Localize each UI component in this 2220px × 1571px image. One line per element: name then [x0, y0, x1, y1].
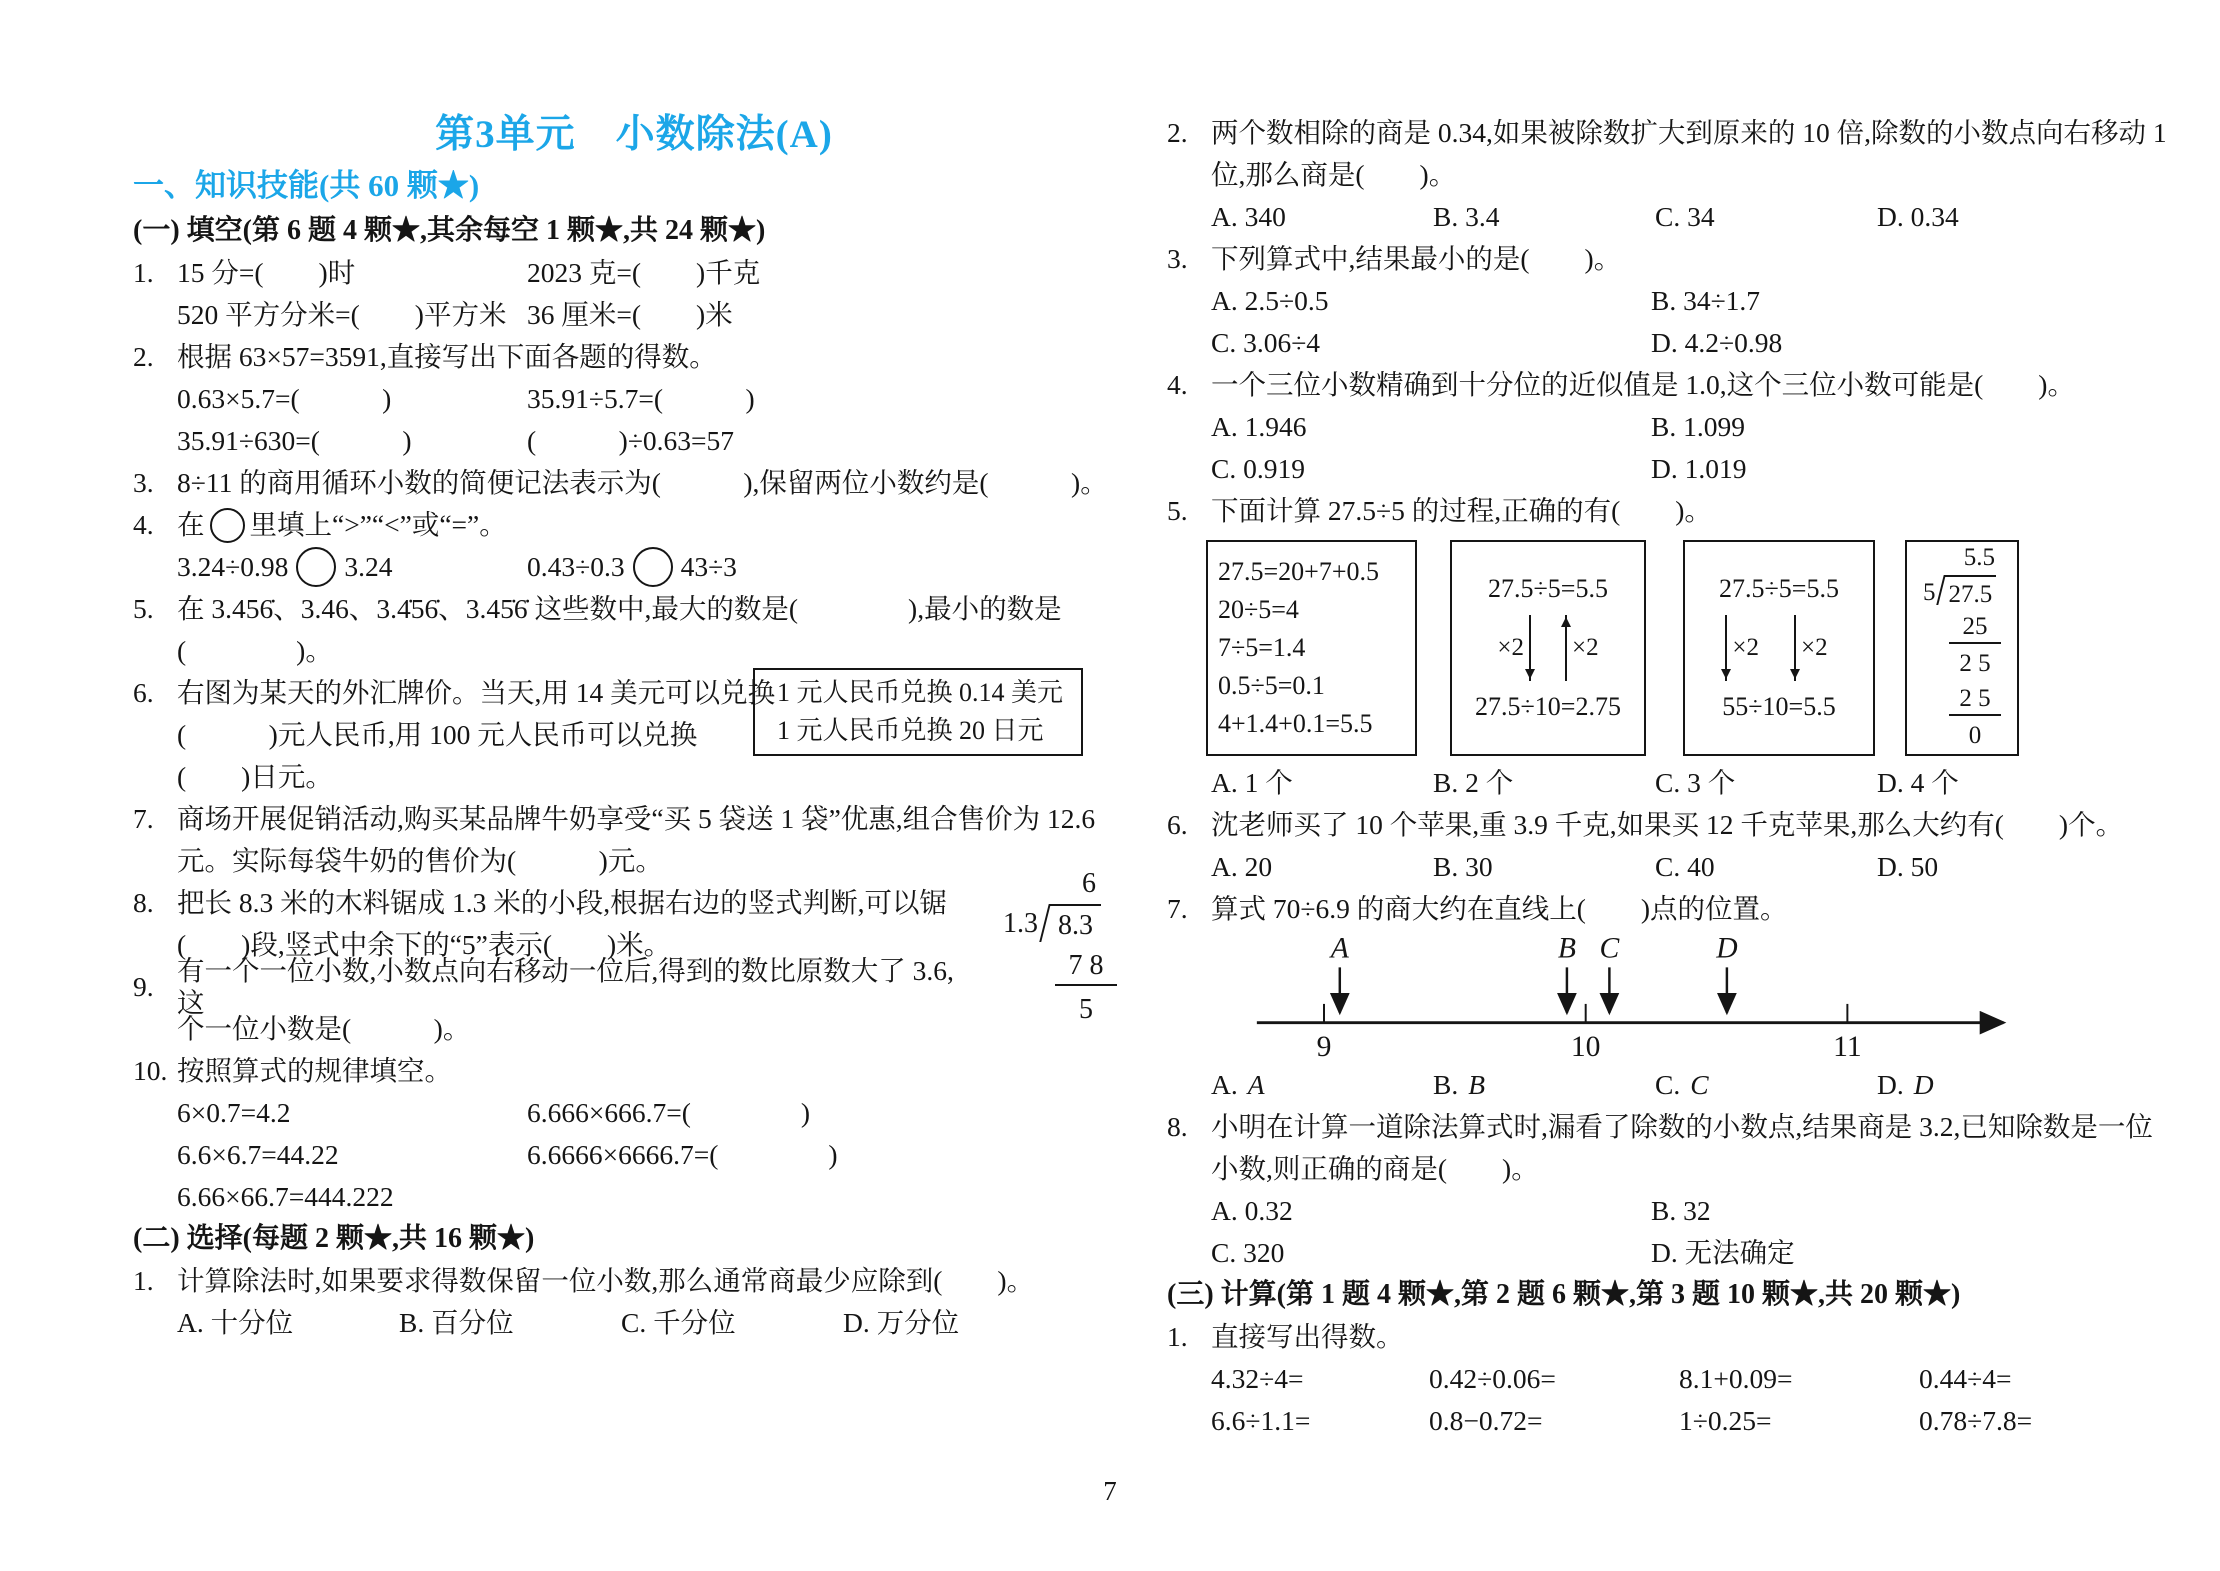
option: C. 千分位	[621, 1307, 843, 1339]
left-column: 第3单元 小数除法(A) 一、知识技能(共 60 颗★) (一) 填空(第 6 …	[133, 108, 1135, 1344]
option: A. 1 个	[1211, 767, 1433, 799]
options-row: A. 1.946 B. 1.099	[1167, 406, 2220, 448]
option: B. 3.4	[1433, 201, 1655, 233]
division-dividend: 27.5	[1945, 575, 1997, 607]
option: D. 50	[1877, 851, 2099, 883]
point-label: B	[1558, 933, 1576, 965]
tick-label: 9	[1317, 1031, 1332, 1063]
blank-equation: 6.666×666.7=( )	[527, 1097, 810, 1129]
right-column: 2. 两个数相除的商是 0.34,如果被除数扩大到原来的 10 倍,除数的小数点…	[1167, 112, 2220, 1442]
choice-section-heading: (二) 选择(每题 2 颗★,共 16 颗★)	[133, 1218, 1135, 1260]
process-box-4: 5.5 5 27.5 25 2 5 2 5 0	[1905, 540, 2019, 756]
question-number: 3.	[1167, 243, 1211, 275]
question-fill-5: 5. 在 3.456̇、3.46、3.4̇56̇、3.45̇6̇ 这些数中,最大…	[133, 588, 1135, 630]
point-label: D	[1715, 933, 1737, 965]
calc-row: 4.32÷4= 0.42÷0.06= 8.1+0.09= 0.44÷4=	[1167, 1358, 2220, 1400]
division-remainder: 5	[1055, 986, 1117, 1028]
calc-expression: 1÷0.25=	[1679, 1405, 1919, 1437]
arrow-up-icon	[1565, 615, 1567, 681]
options-row: C. 320 D. 无法确定	[1167, 1232, 2220, 1274]
option: A. 340	[1211, 201, 1433, 233]
expression: 3.24÷0.98	[177, 551, 288, 583]
question-text: 在 3.456̇、3.46、3.4̇56̇、3.45̇6̇ 这些数中,最大的数是…	[177, 593, 1062, 625]
question-text: 按照算式的规律填空。	[177, 1055, 452, 1087]
option-label: B.	[1433, 1069, 1458, 1100]
question-text: 位,那么商是( )。	[1211, 159, 1456, 191]
blank-equation: 6.6666×6666.7=( )	[527, 1139, 838, 1171]
option-label: C.	[1655, 1069, 1680, 1100]
option: B. 30	[1433, 851, 1655, 883]
question-choice-1: 1. 计算除法时,如果要求得数保留一位小数,那么通常商最少应除到( )。	[133, 1260, 1135, 1302]
question-choice-5: 5. 下面计算 27.5÷5 的过程,正确的有( )。	[1167, 490, 2220, 532]
process-line: 27.5÷5=5.5	[1719, 570, 1839, 608]
arrow-down-icon	[1794, 615, 1796, 681]
question-text: 下列算式中,结果最小的是( )。	[1211, 243, 1621, 275]
question-text: 两个数相除的商是 0.34,如果被除数扩大到原来的 10 倍,除数的小数点向右移…	[1211, 117, 2167, 149]
question-choice-2: 2. 两个数相除的商是 0.34,如果被除数扩大到原来的 10 倍,除数的小数点…	[1167, 112, 2220, 154]
question-fill-1-row2: 520 平方分米=( )平方米36 厘米=( )米	[133, 294, 1135, 336]
question-number: 1.	[133, 257, 177, 289]
question-text: 8÷11 的商用循环小数的简便记法表示为( ),保留两位小数约是( )。	[177, 467, 1108, 499]
question-text: 元。实际每袋牛奶的售价为( )元。	[177, 845, 663, 877]
question-fill-2: 2. 根据 63×57=3591,直接写出下面各题的得数。	[133, 336, 1135, 378]
question-fill-8-9: 8. 把长 8.3 米的木料锯成 1.3 米的小段,根据右边的竖式判断,可以锯 …	[133, 882, 1135, 1050]
question-text: 里填上“>”“<”或“=”。	[250, 509, 507, 541]
option: B. 2 个	[1433, 767, 1655, 799]
options-row: A. 1 个 B. 2 个 C. 3 个 D. 4 个	[1167, 762, 2220, 804]
work-process-boxes: 27.5=20+7+0.5 20÷5=4 7÷5=1.4 0.5÷5=0.1 4…	[1206, 540, 2220, 756]
blank-equation: 36 厘米=( )米	[527, 299, 733, 331]
question-fill-3: 3. 8÷11 的商用循环小数的简便记法表示为( ),保留两位小数约是( )。	[133, 462, 1135, 504]
blank-equation: 6.6×6.7=44.22	[177, 1139, 527, 1171]
option-value: C	[1690, 1069, 1708, 1100]
option-value: D	[1914, 1069, 1934, 1100]
exchange-rate-line: 1 元人民币兑换 20 日元	[777, 716, 1081, 746]
question-text: 把长 8.3 米的木料锯成 1.3 米的小段,根据右边的竖式判断,可以锯	[177, 887, 947, 919]
options-row: A. 十分位 B. 百分位 C. 千分位 D. 万分位	[133, 1302, 1135, 1344]
blank-equation: 6×0.7=4.2	[177, 1097, 527, 1129]
blank-equation: 0.63×5.7=( )	[177, 383, 527, 415]
question-text: 下面计算 27.5÷5 的过程,正确的有( )。	[1211, 495, 1712, 527]
options-row: A. 20 B. 30 C. 40 D. 50	[1167, 846, 2220, 888]
option: C. 3.06÷4	[1211, 327, 1651, 359]
question-number: 4.	[1167, 369, 1211, 401]
worksheet-page: 第3单元 小数除法(A) 一、知识技能(共 60 颗★) (一) 填空(第 6 …	[0, 0, 2220, 1571]
arrow-label: ×2	[1497, 634, 1524, 663]
fill-section-heading: (一) 填空(第 6 题 4 颗★,其余每空 1 颗★,共 24 颗★)	[133, 210, 1135, 252]
question-text: 右图为某天的外汇牌价。当天,用 14 美元可以兑换	[177, 677, 775, 709]
process-box-2: 27.5÷5=5.5 ×2 ×2 27.5÷10=2.75	[1450, 540, 1646, 756]
process-line: 55÷10=5.5	[1722, 688, 1835, 726]
division-step: 2 5	[1949, 644, 2001, 679]
question-number: 2.	[1167, 117, 1211, 149]
blank-equation: 35.91÷5.7=( )	[527, 383, 755, 415]
long-division: 6 1.3 8.3 7 8 5	[1003, 870, 1117, 1028]
options-row: A. 2.5÷0.5 B. 34÷1.7	[1167, 280, 2220, 322]
arrow-down-icon	[1529, 615, 1531, 681]
arrow-label: ×2	[1732, 634, 1759, 663]
question-number: 1.	[133, 1265, 177, 1297]
option-label: D.	[1877, 1069, 1904, 1100]
division-quotient: 5.5	[1923, 545, 2001, 575]
question-text: 小明在计算一道除法算式时,漏看了除数的小数点,结果商是 3.2,已知除数是一位	[1211, 1111, 2153, 1143]
question-text: ( )。	[177, 635, 333, 667]
options-row: C. 0.919 D. 1.019	[1167, 448, 2220, 490]
question-number: 5.	[133, 593, 177, 625]
option: C. 0.919	[1211, 453, 1651, 485]
question-text: ( )日元。	[177, 761, 333, 793]
option: B. 32	[1651, 1195, 2091, 1227]
option: B. 百分位	[399, 1307, 621, 1339]
question-text: ( )元人民币,用 100 元人民币可以兑换	[177, 719, 697, 751]
option: B. 1.099	[1651, 411, 2091, 443]
process-line: 7÷5=1.4	[1218, 629, 1415, 667]
option-value: A	[1248, 1069, 1265, 1100]
number-line: 9 10 11 A B C D	[1245, 931, 2035, 1063]
option: A. 20	[1211, 851, 1433, 883]
option-label: A.	[1211, 1069, 1238, 1100]
process-line: 27.5=20+7+0.5	[1218, 553, 1415, 591]
question-choice-6: 6. 沈老师买了 10 个苹果,重 3.9 千克,如果买 12 千克苹果,那么大…	[1167, 804, 2220, 846]
calc-expression: 6.6÷1.1=	[1211, 1405, 1429, 1437]
blank-equation: 2023 克=( )千克	[527, 257, 760, 289]
process-line: 4+1.4+0.1=5.5	[1218, 705, 1415, 743]
arrow-label: ×2	[1801, 634, 1828, 663]
question-number: 8.	[1167, 1111, 1211, 1143]
question-text: 个一位小数是( )。	[177, 1013, 470, 1045]
expression: 3.24	[344, 551, 392, 583]
question-number: 5.	[1167, 495, 1211, 527]
question-choice-3: 3. 下列算式中,结果最小的是( )。	[1167, 238, 2220, 280]
question-number: 1.	[1167, 1321, 1211, 1353]
question-number: 3.	[133, 467, 177, 499]
question-number: 7.	[1167, 893, 1211, 925]
blank-equation: 6.66×66.7=444.222	[177, 1181, 394, 1213]
division-dividend: 8.3	[1050, 904, 1101, 940]
option: A. 0.32	[1211, 1195, 1651, 1227]
option: D. 万分位	[843, 1307, 1065, 1339]
division-step: 0	[1949, 716, 2001, 751]
calc-expression: 0.44÷4=	[1919, 1363, 2011, 1395]
option: C. 320	[1211, 1237, 1651, 1269]
division-divisor: 5	[1923, 575, 1936, 605]
question-number: 10.	[133, 1055, 177, 1087]
option: D. 1.019	[1651, 453, 2091, 485]
question-fill-6: 6. 右图为某天的外汇牌价。当天,用 14 美元可以兑换 ( )元人民币,用 1…	[133, 672, 1135, 798]
long-division: 5.5 5 27.5 25 2 5 2 5 0	[1923, 545, 2001, 751]
process-box-3: 27.5÷5=5.5 ×2 ×2 55÷10=5.5	[1683, 540, 1875, 756]
division-step: 25	[1949, 607, 2001, 644]
question-text: 商场开展促销活动,购买某品牌牛奶享受“买 5 袋送 1 袋”优惠,组合售价为 1…	[177, 803, 1095, 835]
calc-expression: 4.32÷4=	[1211, 1363, 1429, 1395]
expression: 0.43÷0.3	[527, 551, 625, 583]
calc-expression: 0.78÷7.8=	[1919, 1405, 2032, 1437]
question-text: 根据 63×57=3591,直接写出下面各题的得数。	[177, 341, 717, 373]
option: D. 0.34	[1877, 201, 2099, 233]
question-fill-7: 7. 商场开展促销活动,购买某品牌牛奶享受“买 5 袋送 1 袋”优惠,组合售价…	[133, 798, 1135, 840]
question-text: 计算除法时,如果要求得数保留一位小数,那么通常商最少应除到( )。	[177, 1265, 1034, 1297]
option: A. 2.5÷0.5	[1211, 285, 1651, 317]
option: A. 十分位	[177, 1307, 399, 1339]
question-text: 算式 70÷6.9 的商大约在直线上( )点的位置。	[1211, 893, 1788, 925]
question-text: 直接写出得数。	[1211, 1321, 1404, 1353]
question-number: 6.	[1167, 809, 1211, 841]
options-row: A. 340 B. 3.4 C. 34 D. 0.34	[1167, 196, 2220, 238]
exchange-rate-line: 1 元人民币兑换 0.14 美元	[777, 678, 1081, 708]
option: D. 无法确定	[1651, 1237, 2091, 1269]
option: C. 34	[1655, 201, 1877, 233]
question-text: 小数,则正确的商是( )。	[1211, 1153, 1539, 1185]
option: C. 3 个	[1655, 767, 1877, 799]
compare-circle	[210, 508, 245, 543]
option: C. 40	[1655, 851, 1877, 883]
exchange-rate-box: 1 元人民币兑换 0.14 美元 1 元人民币兑换 20 日元	[753, 668, 1083, 756]
blank-equation: 35.91÷630=( )	[177, 425, 527, 457]
question-number: 2.	[133, 341, 177, 373]
question-fill-10: 10. 按照算式的规律填空。	[133, 1050, 1135, 1092]
question-number: 9.	[133, 971, 177, 1003]
question-number: 4.	[133, 509, 177, 541]
question-number: 7.	[133, 803, 177, 835]
tick-label: 11	[1833, 1031, 1862, 1063]
compare-circle	[296, 547, 336, 587]
calc-row: 6.6÷1.1= 0.8−0.72= 1÷0.25= 0.78÷7.8=	[1167, 1400, 2220, 1442]
blank-equation: 15 分=( )时	[177, 257, 527, 289]
question-fill-4: 4. 在里填上“>”“<”或“=”。	[133, 504, 1135, 546]
question-choice-8: 8. 小明在计算一道除法算式时,漏看了除数的小数点,结果商是 3.2,已知除数是…	[1167, 1106, 2220, 1148]
division-quotient: 6	[1003, 870, 1117, 904]
question-text: 沈老师买了 10 个苹果,重 3.9 千克,如果买 12 千克苹果,那么大约有(…	[1211, 809, 2123, 841]
calc-expression: 8.1+0.09=	[1679, 1363, 1919, 1395]
question-calc-1: 1. 直接写出得数。	[1167, 1316, 2220, 1358]
question-choice-7: 7. 算式 70÷6.9 的商大约在直线上( )点的位置。	[1167, 888, 2220, 930]
question-number: 8.	[133, 887, 177, 919]
arrow-down-icon	[1725, 615, 1727, 681]
option: D. 4.2÷0.98	[1651, 327, 2091, 359]
point-label: C	[1600, 933, 1621, 965]
process-box-1: 27.5=20+7+0.5 20÷5=4 7÷5=1.4 0.5÷5=0.1 4…	[1206, 540, 1417, 756]
section-knowledge-heading: 一、知识技能(共 60 颗★)	[133, 162, 1135, 210]
calc-section-heading: (三) 计算(第 1 题 4 颗★,第 2 题 6 颗★,第 3 题 10 颗★…	[1167, 1274, 2220, 1316]
process-line: 27.5÷5=5.5	[1488, 570, 1608, 608]
division-divisor: 1.3	[1003, 904, 1038, 938]
question-choice-4: 4. 一个三位小数精确到十分位的近似值是 1.0,这个三位小数可能是( )。	[1167, 364, 2220, 406]
process-line: 27.5÷10=2.75	[1475, 688, 1621, 726]
question-number: 6.	[133, 677, 177, 709]
process-line: 0.5÷5=0.1	[1218, 667, 1415, 705]
point-label: A	[1329, 933, 1350, 965]
option: B. 34÷1.7	[1651, 285, 2091, 317]
calc-expression: 0.8−0.72=	[1429, 1405, 1679, 1437]
division-step: 2 5	[1949, 679, 2001, 716]
question-text: 一个三位小数精确到十分位的近似值是 1.0,这个三位小数可能是( )。	[1211, 369, 2075, 401]
options-row: A.A B.B C.C D.D	[1167, 1064, 2220, 1106]
blank-equation: 520 平方分米=( )平方米	[177, 299, 527, 331]
expression: 43÷3	[681, 551, 737, 583]
process-line: 20÷5=4	[1218, 591, 1415, 629]
options-row: A. 0.32 B. 32	[1167, 1190, 2220, 1232]
question-fill-1: 1. 15 分=( )时2023 克=( )千克	[133, 252, 1135, 294]
question-text: 有一个一位小数,小数点向右移动一位后,得到的数比原数大了 3.6,这	[177, 955, 975, 1018]
option-value: B	[1468, 1069, 1485, 1100]
options-row: C. 3.06÷4 D. 4.2÷0.98	[1167, 322, 2220, 364]
compare-circle	[633, 547, 673, 587]
option: D. 4 个	[1877, 767, 2099, 799]
blank-equation: ( )÷0.63=57	[527, 425, 734, 457]
tick-label: 10	[1571, 1031, 1601, 1063]
arrow-label: ×2	[1572, 634, 1599, 663]
question-text: 在	[177, 509, 205, 541]
page-number: 7	[0, 1476, 2220, 1507]
option: A. 1.946	[1211, 411, 1651, 443]
division-product: 7 8	[1055, 942, 1117, 986]
calc-expression: 0.42÷0.06=	[1429, 1363, 1679, 1395]
page-title: 第3单元 小数除法(A)	[133, 108, 1135, 162]
